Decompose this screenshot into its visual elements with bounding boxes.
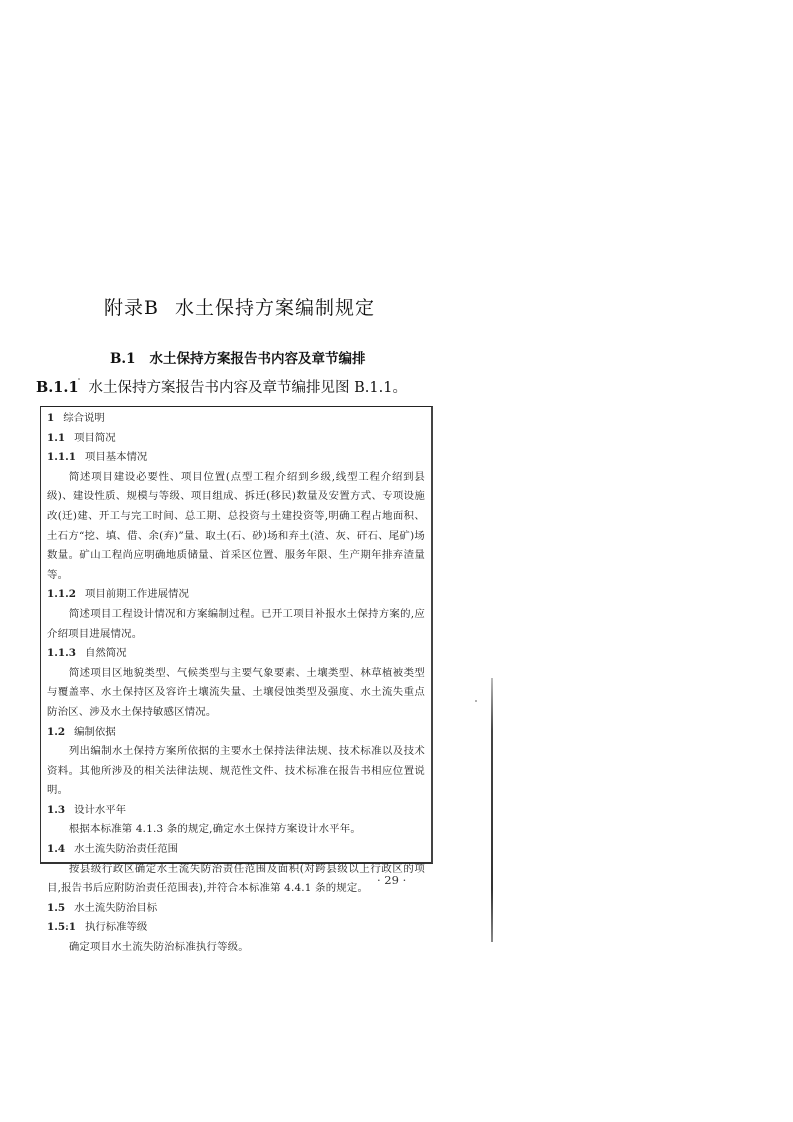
outline-text: 项目前期工作进展情况 <box>85 588 189 600</box>
scan-binding-edge-line <box>491 678 493 942</box>
appendix-label: 附录B <box>104 297 159 319</box>
outline-heading-1-1-2: 1.1.2项目前期工作进展情况 <box>47 585 425 605</box>
clause-text: 水土保持方案报告书内容及章节编排见图 B.1.1。 <box>89 380 407 396</box>
outline-paragraph: 确定项目水土流失防治标准执行等级。 <box>47 938 425 958</box>
clause-b-1-1: B.1.1水土保持方案报告书内容及章节编排见图 B.1.1。 <box>36 376 407 397</box>
outline-number: 1.5 <box>47 899 65 919</box>
outline-number: 1.4 <box>47 840 65 860</box>
scan-speck <box>78 378 80 380</box>
outline-paragraph: 简述项目区地貌类型、气候类型与主要气象要素、土壤类型、林草植被类型与覆盖率、水土… <box>47 664 425 723</box>
outline-number: 1.1.2 <box>47 585 76 605</box>
outline-heading-1-2: 1.2编制依据 <box>47 723 425 743</box>
outline-heading-1-4: 1.4水土流失防治责任范围 <box>47 840 425 860</box>
outline-paragraph: 根据本标准第 4.1.3 条的规定,确定水土保持方案设计水平年。 <box>47 820 425 840</box>
outline-paragraph: 按县级行政区确定水土流失防治责任范围及面积(对跨县级以上行政区的项目,报告书后应… <box>47 860 425 899</box>
appendix-title-text: 水土保持方案编制规定 <box>175 297 375 319</box>
outline-paragraph: 简述项目工程设计情况和方案编制过程。已开工项目补报水土保持方案的,应介绍项目进展… <box>47 605 425 644</box>
outline-text: 编制依据 <box>74 726 116 738</box>
outline-number: 1.3 <box>47 801 65 821</box>
outline-text: 设计水平年 <box>74 804 126 816</box>
outline-number: 1.1.3 <box>47 644 76 664</box>
outline-paragraph: 简述项目建设必要性、项目位置(点型工程介绍到乡级,线型工程介绍到县级)、建设性质… <box>47 468 425 586</box>
clause-number: B.1.1 <box>36 379 79 396</box>
outline-number: 1.1 <box>47 429 65 449</box>
outline-text: 水土流失防治目标 <box>74 902 157 914</box>
outline-text: 水土流失防治责任范围 <box>74 843 178 855</box>
outline-number: 1.1.1 <box>47 448 76 468</box>
outline-text: 项目基本情况 <box>85 451 147 463</box>
section-number: B.1 <box>110 351 136 367</box>
appendix-title: 附录B水土保持方案编制规定 <box>104 293 375 320</box>
outline-text: 综合说明 <box>63 412 105 424</box>
outline-heading-1-5-1: 1.5.1执行标准等级 <box>47 918 425 938</box>
outline-heading-1-1-3: 1.1.3自然简况 <box>47 644 425 664</box>
outline-heading-1-5: 1.5水土流失防治目标 <box>47 899 425 919</box>
section-title-text: 水土保持方案报告书内容及章节编排 <box>150 351 366 367</box>
scan-speck <box>66 925 68 927</box>
outline-number: 1.2 <box>47 723 65 743</box>
scan-speck <box>475 700 477 702</box>
outline-number: 1.5.1 <box>47 918 76 938</box>
outline-text: 执行标准等级 <box>85 921 147 933</box>
outline-heading-1-1-1: 1.1.1项目基本情况 <box>47 448 425 468</box>
section-heading: B.1水土保持方案报告书内容及章节编排 <box>110 347 366 367</box>
outline-heading-1: 1综合说明 <box>47 409 425 429</box>
outline-number: 1 <box>47 409 54 429</box>
outline-heading-1-1: 1.1项目简况 <box>47 429 425 449</box>
page-number: · 29 · <box>377 873 406 887</box>
outline-figure-box: 1综合说明 1.1项目简况 1.1.1项目基本情况 简述项目建设必要性、项目位置… <box>40 406 433 864</box>
outline-heading-1-3: 1.3设计水平年 <box>47 801 425 821</box>
outline-text: 项目简况 <box>74 432 116 444</box>
outline-text: 自然简况 <box>85 647 127 659</box>
outline-paragraph: 列出编制水土保持方案所依据的主要水土保持法律法规、技术标准以及技术资料。其他所涉… <box>47 742 425 801</box>
